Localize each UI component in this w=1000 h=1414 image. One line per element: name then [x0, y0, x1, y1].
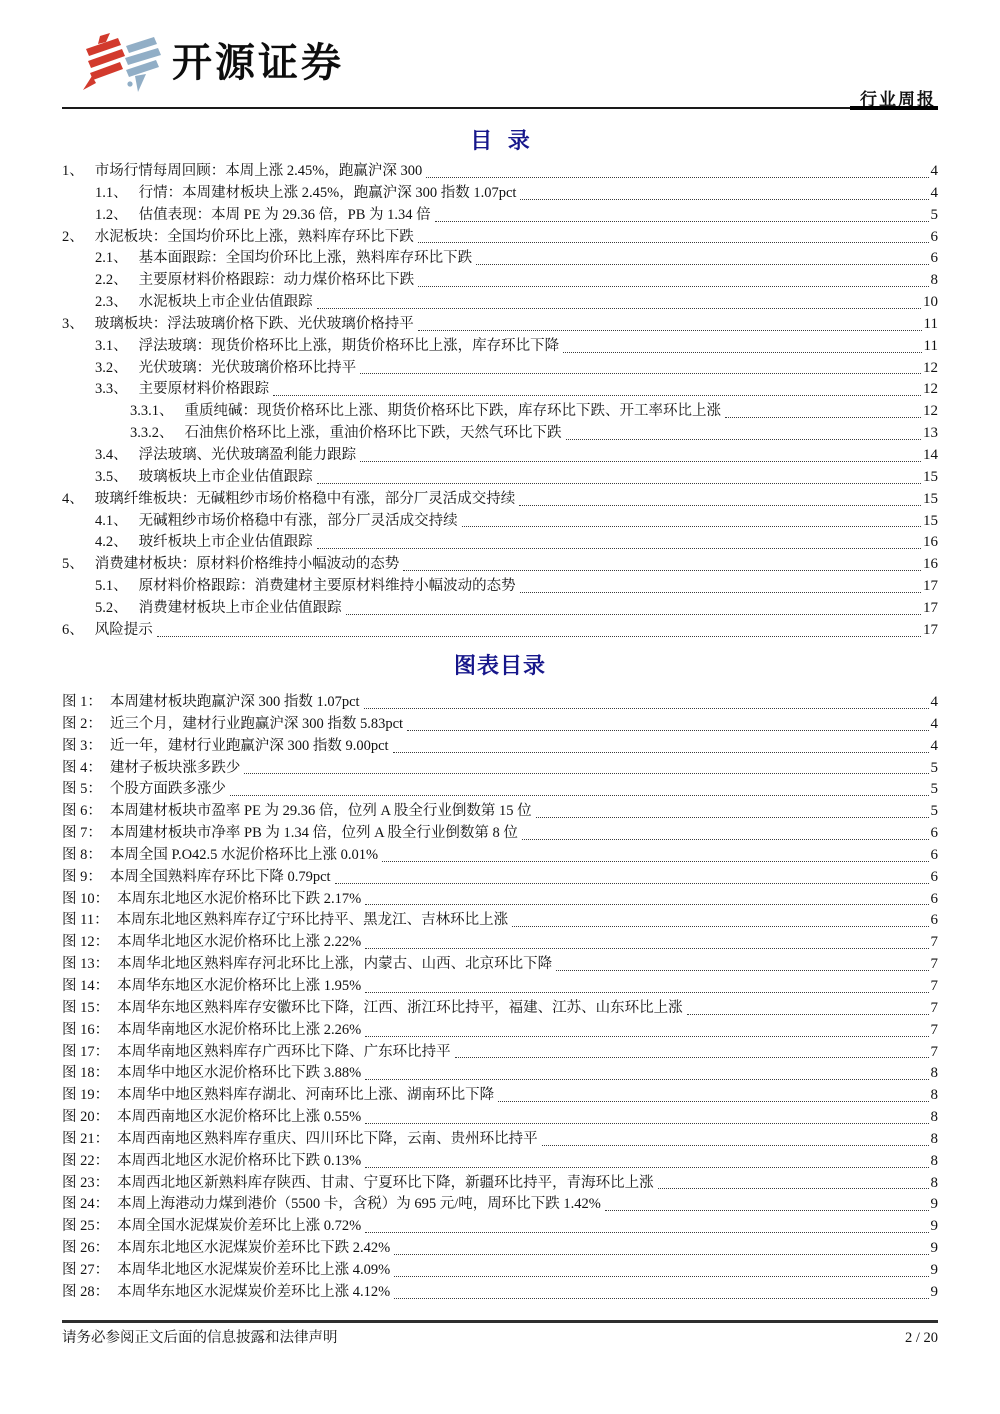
- dot-leader: [273, 395, 921, 396]
- toc-entry-number: 3.1、: [95, 336, 128, 358]
- figure-entry-number: 图 7：: [62, 823, 102, 845]
- figure-entry-page: 9: [931, 1216, 939, 1238]
- dot-leader: [556, 970, 928, 971]
- toc-entry-label: 行情：本周建材板块上涨 2.45%，跑赢沪深 300 指数 1.07pct: [139, 183, 517, 205]
- toc-title: 目 录: [0, 124, 1000, 155]
- figure-entry-page: 9: [931, 1260, 939, 1282]
- figure-entry-page: 7: [931, 976, 939, 998]
- figure-entry-number: 图 28：: [62, 1282, 109, 1304]
- figure-entry-page: 9: [931, 1238, 939, 1260]
- dot-leader: [605, 1210, 929, 1211]
- toc-entry-page: 17: [923, 576, 938, 598]
- toc-entry[interactable]: 6、 风险提示 17: [62, 620, 938, 642]
- toc-entry-page: 15: [923, 511, 938, 533]
- dot-leader: [407, 730, 928, 731]
- figure-entry-page: 8: [931, 1173, 939, 1195]
- figure-entry-page: 8: [931, 1151, 939, 1173]
- figure-entry-number: 图 9：: [62, 867, 102, 889]
- figure-entry[interactable]: 图 16： 本周华南地区水泥价格环比上涨 2.26% 7: [62, 1020, 938, 1042]
- toc-entry[interactable]: 2.3、 水泥板块上市企业估值跟踪 10: [62, 292, 938, 314]
- dot-leader: [365, 1232, 928, 1233]
- toc-entry-label: 石油焦价格环比上涨，重油价格环比下跌，天然气环比下跌: [185, 423, 562, 445]
- toc-entry-label: 水泥板块：全国均价环比上涨，熟料库存环比下跌: [95, 227, 414, 249]
- toc-entry[interactable]: 3.3、 主要原材料价格跟踪 12: [62, 379, 938, 401]
- dot-leader: [725, 417, 921, 418]
- report-type-underline: [850, 106, 938, 110]
- toc-entry[interactable]: 3.4、 浮法玻璃、光伏玻璃盈利能力跟踪 14: [62, 445, 938, 467]
- toc-entry-page: 16: [923, 532, 938, 554]
- toc-entry-label: 光伏玻璃：光伏玻璃价格环比持平: [139, 358, 357, 380]
- figure-entry-number: 图 18：: [62, 1063, 109, 1085]
- toc-entry-number: 3、: [62, 314, 84, 336]
- toc-entry-number: 5.2、: [95, 598, 128, 620]
- dot-leader: [394, 1298, 928, 1299]
- figure-entry-page: 8: [931, 1129, 939, 1151]
- dot-leader: [520, 592, 921, 593]
- toc-entry-page: 15: [923, 489, 938, 511]
- page-indicator: 2 / 20: [905, 1327, 938, 1349]
- toc-entry-page: 12: [923, 401, 938, 423]
- figure-entry-number: 图 8：: [62, 845, 102, 867]
- toc-entry[interactable]: 3.3.1、 重质纯碱：现货价格环比上涨、期货价格环比下跌，库存环比下跌、开工率…: [62, 401, 938, 423]
- figure-entry-page: 7: [931, 954, 939, 976]
- toc-entry[interactable]: 2、 水泥板块：全国均价环比上涨，熟料库存环比下跌 6: [62, 227, 938, 249]
- brand-name: 开源证券: [172, 33, 344, 93]
- toc-entry-page: 15: [923, 467, 938, 489]
- figure-entry-label: 近一年，建材行业跑赢沪深 300 指数 9.00pct: [110, 736, 389, 758]
- toc-entry[interactable]: 5、 消费建材板块：原材料价格维持小幅波动的态势 16: [62, 554, 938, 576]
- toc-entry-number: 4.1、: [95, 511, 128, 533]
- toc-entry[interactable]: 2.2、 主要原材料价格跟踪：动力煤价格环比下跌 8: [62, 270, 938, 292]
- figure-entry-page: 5: [931, 758, 939, 780]
- toc-entry-page: 14: [923, 445, 938, 467]
- toc-entry-number: 2、: [62, 227, 84, 249]
- toc-entry-number: 3.2、: [95, 358, 128, 380]
- figure-entry-number: 图 5：: [62, 779, 102, 801]
- figure-entry-page: 7: [931, 998, 939, 1020]
- toc-entry-page: 5: [931, 205, 939, 227]
- figure-entry-page: 4: [931, 692, 939, 714]
- dot-leader: [317, 548, 921, 549]
- figure-entry-label: 本周华中地区水泥价格环比下跌 3.88%: [117, 1063, 361, 1085]
- figure-entry-label: 本周华南地区水泥价格环比上涨 2.26%: [117, 1020, 361, 1042]
- toc-entry-page: 6: [931, 248, 939, 270]
- toc-entry-page: 6: [931, 227, 939, 249]
- dot-leader: [244, 773, 928, 774]
- dot-leader: [346, 614, 921, 615]
- dot-leader: [157, 636, 921, 637]
- figure-entry-number: 图 13：: [62, 954, 109, 976]
- toc-entry-page: 4: [931, 161, 939, 183]
- figure-entry[interactable]: 图 8： 本周全国 P.O42.5 水泥价格环比上涨 0.01% 6: [62, 845, 938, 867]
- toc-entry-label: 浮法玻璃、光伏玻璃盈利能力跟踪: [139, 445, 357, 467]
- figure-entry-number: 图 1：: [62, 692, 102, 714]
- toc-entry[interactable]: 4、 玻璃纤维板块：无碱粗纱市场价格稳中有涨，部分厂灵活成交持续 15: [62, 489, 938, 511]
- figure-entry-label: 本周华东地区水泥煤炭价差环比上涨 4.12%: [117, 1282, 390, 1304]
- dot-leader: [365, 992, 928, 993]
- toc-entry-number: 1.2、: [95, 205, 128, 227]
- figure-entry[interactable]: 图 3： 近一年，建材行业跑赢沪深 300 指数 9.00pct 4: [62, 736, 938, 758]
- toc-entry[interactable]: 4.1、 无碱粗纱市场价格稳中有涨，部分厂灵活成交持续 15: [62, 511, 938, 533]
- toc-entry-number: 2.3、: [95, 292, 128, 314]
- toc-entry-label: 浮法玻璃：现货价格环比上涨，期货价格环比上涨，库存环比下降: [139, 336, 560, 358]
- dot-leader: [519, 505, 921, 506]
- toc-entry-label: 原材料价格跟踪：消费建材主要原材料维持小幅波动的态势: [139, 576, 516, 598]
- figure-entry[interactable]: 图 28： 本周华东地区水泥煤炭价差环比上涨 4.12% 9: [62, 1282, 938, 1304]
- toc-entry-page: 16: [923, 554, 938, 576]
- figure-entry-number: 图 2：: [62, 714, 102, 736]
- dot-leader: [536, 817, 929, 818]
- dot-leader: [365, 1123, 928, 1124]
- dot-leader: [418, 286, 928, 287]
- figure-entry-label: 本周东北地区熟料库存辽宁环比持平、黑龙江、吉林环比上涨: [117, 910, 509, 932]
- figure-entry-page: 4: [931, 736, 939, 758]
- dot-leader: [360, 461, 921, 462]
- toc-entry-label: 重质纯碱：现货价格环比上涨、期货价格环比下跌，库存环比下跌、开工率环比上涨: [185, 401, 722, 423]
- dot-leader: [520, 199, 928, 200]
- figure-entry[interactable]: 图 17： 本周华南地区熟料库存广西环比下降、广东环比持平 7: [62, 1042, 938, 1064]
- figure-entry-label: 本周建材板块市净率 PB 为 1.34 倍，位列 A 股全行业倒数第 8 位: [110, 823, 518, 845]
- toc-entry[interactable]: 3.5、 玻璃板块上市企业估值跟踪 15: [62, 467, 938, 489]
- figure-entry[interactable]: 图 9： 本周全国熟料库存环比下降 0.79pct 6: [62, 867, 938, 889]
- figure-entry[interactable]: 图 21： 本周西南地区熟料库存重庆、四川环比下降，云南、贵州环比持平 8: [62, 1129, 938, 1151]
- toc-entry[interactable]: 5.2、 消费建材板块上市企业估值跟踪 17: [62, 598, 938, 620]
- figure-entry-number: 图 24：: [62, 1194, 109, 1216]
- toc-entry-page: 8: [931, 270, 939, 292]
- toc-entry-page: 4: [931, 183, 939, 205]
- figure-entry-label: 本周全国熟料库存环比下降 0.79pct: [110, 867, 331, 889]
- figures-list: 图 1： 本周建材板块跑赢沪深 300 指数 1.07pct 4 图 2： 近三…: [62, 692, 938, 1304]
- toc-entry[interactable]: 2.1、 基本面跟踪：全国均价环比上涨，熟料库存环比下跌 6: [62, 248, 938, 270]
- toc-entry-number: 6、: [62, 620, 84, 642]
- figure-entry-label: 本周东北地区水泥价格环比下跌 2.17%: [117, 889, 361, 911]
- dot-leader: [566, 439, 922, 440]
- figure-entry-number: 图 3：: [62, 736, 102, 758]
- toc-entry-label: 无碱粗纱市场价格稳中有涨，部分厂灵活成交持续: [139, 511, 458, 533]
- figure-entry-number: 图 23：: [62, 1173, 109, 1195]
- dot-leader: [498, 1101, 928, 1102]
- figure-entry[interactable]: 图 4： 建材子板块涨多跌少 5: [62, 758, 938, 780]
- figure-entry[interactable]: 图 12： 本周华北地区水泥价格环比上涨 2.22% 7: [62, 932, 938, 954]
- figure-entry-number: 图 17：: [62, 1042, 109, 1064]
- dot-leader: [522, 839, 929, 840]
- figure-entry[interactable]: 图 15： 本周华东地区熟料库存安徽环比下降，江西、浙江环比持平，福建、江苏、山…: [62, 998, 938, 1020]
- toc-entry-number: 3.3.1、: [130, 401, 174, 423]
- figure-entry-label: 建材子板块涨多跌少: [110, 758, 241, 780]
- toc-entry-number: 4、: [62, 489, 84, 511]
- header-rule: [62, 107, 938, 109]
- figure-entry-number: 图 19：: [62, 1085, 109, 1107]
- toc-entry[interactable]: 3.1、 浮法玻璃：现货价格环比上涨，期货价格环比上涨，库存环比下降 11: [62, 336, 938, 358]
- dot-leader: [403, 570, 921, 571]
- toc-entry-number: 3.3、: [95, 379, 128, 401]
- dot-leader: [317, 308, 921, 309]
- dot-leader: [365, 948, 928, 949]
- toc-entry-label: 主要原材料价格跟踪: [139, 379, 270, 401]
- figure-entry[interactable]: 图 26： 本周东北地区水泥煤炭价差环比下跌 2.42% 9: [62, 1238, 938, 1260]
- toc-list: 1、 市场行情每周回顾：本周上涨 2.45%，跑赢沪深 300 4 1.1、 行…: [62, 161, 938, 642]
- toc-entry-label: 市场行情每周回顾：本周上涨 2.45%，跑赢沪深 300: [95, 161, 422, 183]
- toc-entry-number: 3.3.2、: [130, 423, 174, 445]
- toc-entry-number: 5.1、: [95, 576, 128, 598]
- toc-entry-page: 11: [924, 314, 938, 336]
- toc-entry-page: 17: [923, 598, 938, 620]
- dot-leader: [687, 1014, 929, 1015]
- figure-entry[interactable]: 图 6： 本周建材板块市盈率 PE 为 29.36 倍，位列 A 股全行业倒数第…: [62, 801, 938, 823]
- figure-entry[interactable]: 图 24： 本周上海港动力煤到港价（5500 卡，含税）为 695 元/吨，周环…: [62, 1194, 938, 1216]
- figure-entry-label: 本周建材板块跑赢沪深 300 指数 1.07pct: [110, 692, 360, 714]
- figure-entry-page: 9: [931, 1282, 939, 1304]
- toc-entry-label: 玻纤板块上市企业估值跟踪: [139, 532, 313, 554]
- dot-leader: [365, 1167, 928, 1168]
- figure-entry-number: 图 20：: [62, 1107, 109, 1129]
- figure-entry-label: 本周华北地区熟料库存河北环比上涨，内蒙古、山西、北京环比下降: [117, 954, 552, 976]
- figure-entry-label: 本周华中地区熟料库存湖北、河南环比上涨、湖南环比下降: [117, 1085, 494, 1107]
- figure-entry[interactable]: 图 14： 本周华东地区水泥价格环比上涨 1.95% 7: [62, 976, 938, 998]
- dot-leader: [476, 264, 928, 265]
- figure-entry-label: 本周全国 P.O42.5 水泥价格环比上涨 0.01%: [110, 845, 378, 867]
- figure-entry-label: 本周西南地区水泥价格环比上涨 0.55%: [117, 1107, 361, 1129]
- figure-entry-number: 图 25：: [62, 1216, 109, 1238]
- dot-leader: [542, 1145, 929, 1146]
- figures-title: 图表目录: [0, 649, 1000, 680]
- toc-entry[interactable]: 5.1、 原材料价格跟踪：消费建材主要原材料维持小幅波动的态势 17: [62, 576, 938, 598]
- toc-entry[interactable]: 1、 市场行情每周回顾：本周上涨 2.45%，跑赢沪深 300 4: [62, 161, 938, 183]
- figure-entry-page: 8: [931, 1063, 939, 1085]
- toc-entry-number: 2.1、: [95, 248, 128, 270]
- dot-leader: [563, 352, 921, 353]
- figure-entry-number: 图 10：: [62, 889, 109, 911]
- toc-entry-label: 消费建材板块上市企业估值跟踪: [139, 598, 342, 620]
- figure-entry[interactable]: 图 27： 本周华北地区水泥煤炭价差环比上涨 4.09% 9: [62, 1260, 938, 1282]
- figure-entry-label: 本周建材板块市盈率 PE 为 29.36 倍，位列 A 股全行业倒数第 15 位: [110, 801, 532, 823]
- toc-entry[interactable]: 1.2、 估值表现：本周 PE 为 29.36 倍，PB 为 1.34 倍 5: [62, 205, 938, 227]
- dot-leader: [418, 242, 929, 243]
- toc-entry[interactable]: 3、 玻璃板块：浮法玻璃价格下跌、光伏玻璃价格持平 11: [62, 314, 938, 336]
- brand-logo-icon: [80, 32, 162, 94]
- dot-leader: [382, 861, 928, 862]
- figure-entry[interactable]: 图 11： 本周东北地区熟料库存辽宁环比持平、黑龙江、吉林环比上涨 6: [62, 910, 938, 932]
- figure-entry[interactable]: 图 13： 本周华北地区熟料库存河北环比上涨，内蒙古、山西、北京环比下降 7: [62, 954, 938, 976]
- brand-logo: 开源证券: [80, 32, 344, 94]
- figure-entry[interactable]: 图 5： 个股方面跌多涨少 5: [62, 779, 938, 801]
- figure-entry-label: 本周华南地区熟料库存广西环比下降、广东环比持平: [117, 1042, 451, 1064]
- figure-entry-label: 本周全国水泥煤炭价差环比上涨 0.72%: [117, 1216, 361, 1238]
- toc-entry-label: 基本面跟踪：全国均价环比上涨，熟料库存环比下跌: [139, 248, 473, 270]
- figure-entry-page: 6: [931, 867, 939, 889]
- dot-leader: [462, 526, 921, 527]
- figure-entry-page: 7: [931, 1042, 939, 1064]
- figure-entry-number: 图 15：: [62, 998, 109, 1020]
- figure-entry-number: 图 12：: [62, 932, 109, 954]
- toc-entry-number: 1.1、: [95, 183, 128, 205]
- toc-entry-number: 1、: [62, 161, 84, 183]
- figure-entry-page: 7: [931, 932, 939, 954]
- report-page: 开源证券 行业周报 目 录 1、 市场行情每周回顾：本周上涨 2.45%，跑赢沪…: [0, 0, 1000, 1414]
- figure-entry[interactable]: 图 19： 本周华中地区熟料库存湖北、河南环比上涨、湖南环比下降 8: [62, 1085, 938, 1107]
- figure-entry-label: 个股方面跌多涨少: [110, 779, 226, 801]
- figure-entry-label: 近三个月，建材行业跑赢沪深 300 指数 5.83pct: [110, 714, 403, 736]
- dot-leader: [658, 1188, 929, 1189]
- footer-rule: [62, 1320, 938, 1323]
- dot-leader: [455, 1057, 929, 1058]
- toc-entry-label: 消费建材板块：原材料价格维持小幅波动的态势: [95, 554, 400, 576]
- figure-entry[interactable]: 图 22： 本周西北地区水泥价格环比下跌 0.13% 8: [62, 1151, 938, 1173]
- toc-entry-number: 2.2、: [95, 270, 128, 292]
- toc-entry-page: 11: [924, 336, 938, 358]
- figure-entry-label: 本周上海港动力煤到港价（5500 卡，含税）为 695 元/吨，周环比下跌 1.…: [117, 1194, 601, 1216]
- figure-entry-page: 5: [931, 801, 939, 823]
- toc-entry-page: 10: [923, 292, 938, 314]
- toc-entry-number: 4.2、: [95, 532, 128, 554]
- dot-leader: [365, 1079, 928, 1080]
- toc-entry-page: 12: [923, 379, 938, 401]
- figure-entry-number: 图 27：: [62, 1260, 109, 1282]
- figure-entry-label: 本周华北地区水泥煤炭价差环比上涨 4.09%: [117, 1260, 390, 1282]
- figure-entry-label: 本周华北地区水泥价格环比上涨 2.22%: [117, 932, 361, 954]
- footer: 请务必参阅正文后面的信息披露和法律声明 2 / 20: [62, 1327, 938, 1349]
- figure-entry[interactable]: 图 7： 本周建材板块市净率 PB 为 1.34 倍，位列 A 股全行业倒数第 …: [62, 823, 938, 845]
- footer-disclaimer: 请务必参阅正文后面的信息披露和法律声明: [62, 1327, 338, 1349]
- figure-entry-number: 图 21：: [62, 1129, 109, 1151]
- figure-entry[interactable]: 图 25： 本周全国水泥煤炭价差环比上涨 0.72% 9: [62, 1216, 938, 1238]
- figure-entry-page: 6: [931, 823, 939, 845]
- toc-entry-number: 3.5、: [95, 467, 128, 489]
- dot-leader: [393, 752, 929, 753]
- figure-entry-number: 图 11：: [62, 910, 109, 932]
- dot-leader: [418, 330, 922, 331]
- dot-leader: [230, 795, 929, 796]
- figure-entry-label: 本周华东地区水泥价格环比上涨 1.95%: [117, 976, 361, 998]
- toc-entry-label: 玻璃板块：浮法玻璃价格下跌、光伏玻璃价格持平: [95, 314, 414, 336]
- figure-entry-number: 图 6：: [62, 801, 102, 823]
- dot-leader: [364, 708, 929, 709]
- dot-leader: [365, 1036, 928, 1037]
- toc-entry-label: 玻璃板块上市企业估值跟踪: [139, 467, 313, 489]
- dot-leader: [512, 926, 928, 927]
- figure-entry[interactable]: 图 18： 本周华中地区水泥价格环比下跌 3.88% 8: [62, 1063, 938, 1085]
- figure-entry-page: 8: [931, 1085, 939, 1107]
- figure-entry-page: 5: [931, 779, 939, 801]
- toc-entry-number: 5、: [62, 554, 84, 576]
- figure-entry-page: 9: [931, 1194, 939, 1216]
- figure-entry-page: 6: [931, 910, 939, 932]
- figure-entry-label: 本周西北地区新熟料库存陕西、甘肃、宁夏环比下降，新疆环比持平，青海环比上涨: [117, 1173, 654, 1195]
- toc-entry-label: 风险提示: [95, 620, 153, 642]
- toc-entry-label: 主要原材料价格跟踪：动力煤价格环比下跌: [139, 270, 415, 292]
- figure-entry-number: 图 14：: [62, 976, 109, 998]
- toc-entry-label: 估值表现：本周 PE 为 29.36 倍，PB 为 1.34 倍: [139, 205, 431, 227]
- dot-leader: [360, 373, 921, 374]
- figure-entry[interactable]: 图 1： 本周建材板块跑赢沪深 300 指数 1.07pct 4: [62, 692, 938, 714]
- dot-leader: [394, 1254, 928, 1255]
- dot-leader: [435, 221, 929, 222]
- figure-entry[interactable]: 图 10： 本周东北地区水泥价格环比下跌 2.17% 6: [62, 889, 938, 911]
- figure-entry-page: 6: [931, 845, 939, 867]
- figure-entry[interactable]: 图 2： 近三个月，建材行业跑赢沪深 300 指数 5.83pct 4: [62, 714, 938, 736]
- toc-entry-page: 12: [923, 358, 938, 380]
- figure-entry-label: 本周西北地区水泥价格环比下跌 0.13%: [117, 1151, 361, 1173]
- toc-entry-page: 17: [923, 620, 938, 642]
- figure-entry-page: 6: [931, 889, 939, 911]
- figure-entry-label: 本周东北地区水泥煤炭价差环比下跌 2.42%: [117, 1238, 390, 1260]
- toc-entry[interactable]: 3.2、 光伏玻璃：光伏玻璃价格环比持平 12: [62, 358, 938, 380]
- figure-entry-page: 7: [931, 1020, 939, 1042]
- toc-entry[interactable]: 4.2、 玻纤板块上市企业估值跟踪 16: [62, 532, 938, 554]
- figure-entry[interactable]: 图 23： 本周西北地区新熟料库存陕西、甘肃、宁夏环比下降，新疆环比持平，青海环…: [62, 1173, 938, 1195]
- dot-leader: [317, 483, 921, 484]
- dot-leader: [426, 177, 928, 178]
- figure-entry-number: 图 16：: [62, 1020, 109, 1042]
- dot-leader: [335, 883, 929, 884]
- figure-entry-number: 图 22：: [62, 1151, 109, 1173]
- figure-entry-page: 4: [931, 714, 939, 736]
- dot-leader: [365, 904, 928, 905]
- figure-entry-page: 8: [931, 1107, 939, 1129]
- toc-entry-page: 13: [923, 423, 938, 445]
- figure-entry-number: 图 26：: [62, 1238, 109, 1260]
- toc-entry-label: 水泥板块上市企业估值跟踪: [139, 292, 313, 314]
- toc-entry-label: 玻璃纤维板块：无碱粗纱市场价格稳中有涨，部分厂灵活成交持续: [95, 489, 516, 511]
- figure-entry[interactable]: 图 20： 本周西南地区水泥价格环比上涨 0.55% 8: [62, 1107, 938, 1129]
- dot-leader: [394, 1276, 928, 1277]
- figure-entry-label: 本周华东地区熟料库存安徽环比下降，江西、浙江环比持平，福建、江苏、山东环比上涨: [117, 998, 683, 1020]
- toc-entry-number: 3.4、: [95, 445, 128, 467]
- figure-entry-number: 图 4：: [62, 758, 102, 780]
- toc-entry[interactable]: 1.1、 行情：本周建材板块上涨 2.45%，跑赢沪深 300 指数 1.07p…: [62, 183, 938, 205]
- toc-entry[interactable]: 3.3.2、 石油焦价格环比上涨，重油价格环比下跌，天然气环比下跌 13: [62, 423, 938, 445]
- figure-entry-label: 本周西南地区熟料库存重庆、四川环比下降，云南、贵州环比持平: [117, 1129, 538, 1151]
